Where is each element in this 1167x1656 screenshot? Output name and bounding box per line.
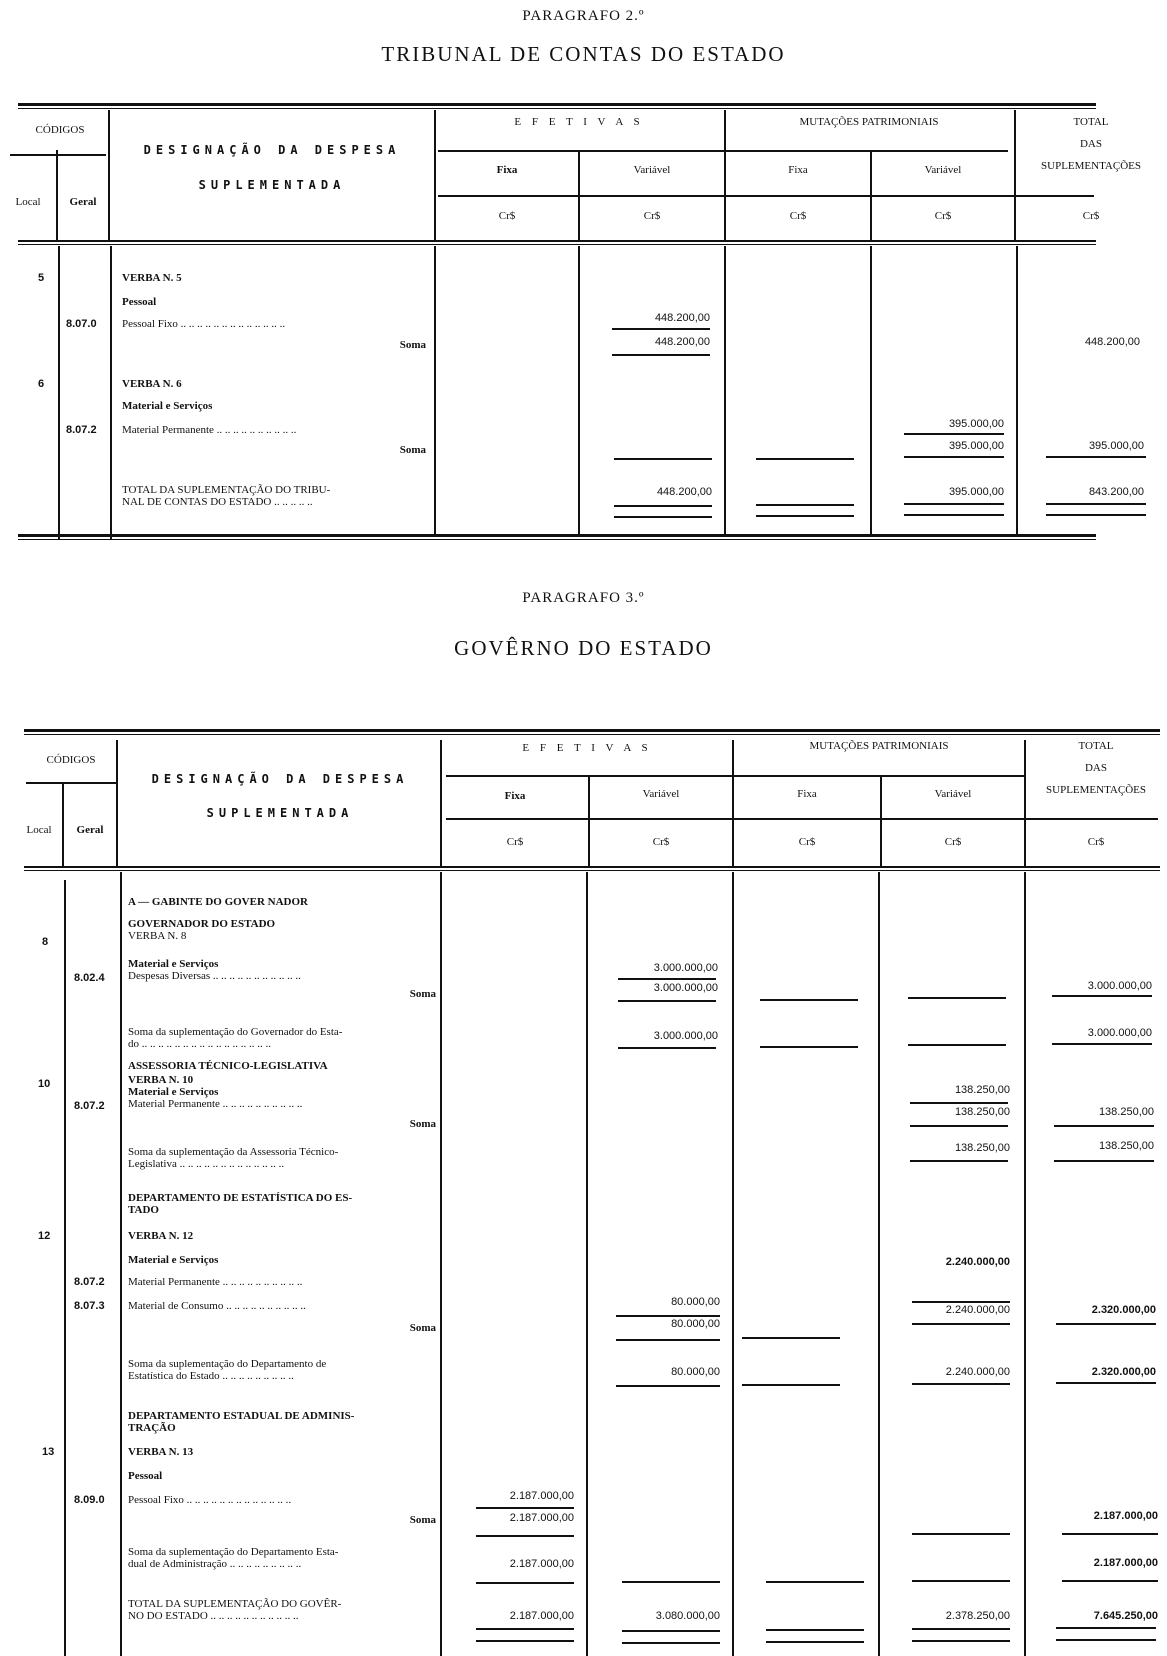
rule xyxy=(18,539,1096,540)
value: 448.200,00 xyxy=(580,312,710,324)
rule xyxy=(614,458,712,460)
header-local: Local xyxy=(0,196,56,208)
value: 138.250,00 xyxy=(1026,1106,1154,1118)
category-label: Pessoal xyxy=(122,296,156,308)
divider xyxy=(878,872,880,1656)
rule xyxy=(756,515,854,517)
header-designacao: DESIGNAÇÃO DA DESPESA xyxy=(112,143,432,157)
rule xyxy=(1046,456,1146,458)
header-efetivas: E F E T I V A S xyxy=(436,116,722,128)
rule xyxy=(912,1301,1010,1303)
header-mutacoes: MUTAÇÕES PATRIMONIAIS xyxy=(726,116,1012,128)
verba-label: VERBA N. 8 xyxy=(128,930,186,942)
rule xyxy=(756,458,854,460)
soma-label: Soma xyxy=(300,1118,436,1130)
rule xyxy=(766,1641,864,1643)
divider xyxy=(724,246,726,536)
divider xyxy=(440,740,442,868)
header-mutacoes-variavel: Variável xyxy=(872,164,1014,176)
rule xyxy=(18,244,1096,245)
rule xyxy=(622,1630,720,1632)
soma-label: Soma xyxy=(300,1322,436,1334)
value: 80.000,00 xyxy=(590,1318,720,1330)
rule xyxy=(904,456,1004,458)
value: 2.378.250,00 xyxy=(882,1610,1010,1622)
currency-label: Cr$ xyxy=(1026,836,1166,848)
section-heading: GOVERNADOR DO ESTADO xyxy=(128,918,275,930)
subtotal-label: do .. .. .. .. .. .. .. .. .. .. .. .. .… xyxy=(128,1038,271,1050)
divider xyxy=(1024,740,1026,868)
subtotal-label: Soma da suplementação do Departamento Es… xyxy=(128,1546,338,1558)
rule xyxy=(912,1533,1010,1535)
value: 2.187.000,00 xyxy=(444,1512,574,1524)
rule xyxy=(618,978,716,980)
rule xyxy=(910,1125,1008,1127)
header-mutacoes-variavel: Variável xyxy=(882,788,1024,800)
geral-code: 8.07.3 xyxy=(74,1300,105,1312)
currency-label: Cr$ xyxy=(436,210,578,222)
category-label: Material e Serviços xyxy=(128,1086,218,1098)
header-suplementacoes: SUPLEMENTAÇÕES xyxy=(1016,160,1166,172)
rule xyxy=(766,1581,864,1583)
value: 138.250,00 xyxy=(882,1084,1010,1096)
local-code: 6 xyxy=(38,378,44,390)
item-label: Material Permanente .. .. .. .. .. .. ..… xyxy=(128,1098,302,1110)
currency-label: Cr$ xyxy=(590,836,732,848)
header-designacao: DESIGNAÇÃO DA DESPESA xyxy=(120,772,440,786)
value: 448.200,00 xyxy=(1018,336,1140,348)
rule xyxy=(908,1044,1006,1046)
geral-code: 8.07.2 xyxy=(74,1276,105,1288)
divider xyxy=(58,246,60,540)
header-mutacoes-fixa: Fixa xyxy=(734,788,880,800)
currency-label: Cr$ xyxy=(734,836,880,848)
item-label: Material Permanente .. .. .. .. .. .. ..… xyxy=(122,424,296,436)
header-efetivas-fixa: Fixa xyxy=(442,790,588,802)
value: 2.320.000,00 xyxy=(1026,1366,1156,1378)
total-label: NAL DE CONTAS DO ESTADO .. .. .. .. .. xyxy=(122,496,313,508)
value: 395.000,00 xyxy=(872,418,1004,430)
geral-code: 8.07.2 xyxy=(74,1100,105,1112)
value: 3.000.000,00 xyxy=(1026,980,1152,992)
section-heading: TADO xyxy=(128,1204,159,1216)
section-heading: TRAÇÃO xyxy=(128,1422,176,1434)
rule xyxy=(912,1323,1010,1325)
category-label: Material e Serviços xyxy=(122,400,212,412)
header-mutacoes-fixa: Fixa xyxy=(726,164,870,176)
rule xyxy=(476,1507,574,1509)
soma-label: Soma xyxy=(300,988,436,1000)
header-efetivas-variavel: Variável xyxy=(590,788,732,800)
header-das: DAS xyxy=(1026,762,1166,774)
verba-label: VERBA N. 12 xyxy=(128,1230,193,1242)
section-title-2: GOVÊRNO DO ESTADO xyxy=(0,636,1167,661)
value: 395.000,00 xyxy=(1018,440,1144,452)
divider xyxy=(586,872,588,1656)
local-code: 5 xyxy=(38,272,44,284)
value: 843.200,00 xyxy=(1018,486,1144,498)
header-codigos: CÓDIGOS xyxy=(26,754,116,766)
item-label: Pessoal Fixo .. .. .. .. .. .. .. .. .. … xyxy=(122,318,285,330)
category-label: Material e Serviços xyxy=(128,958,218,970)
rule xyxy=(910,1160,1008,1162)
rule xyxy=(18,534,1096,537)
header-geral: Geral xyxy=(64,824,116,836)
value: 138.250,00 xyxy=(882,1142,1010,1154)
rule xyxy=(618,1000,716,1002)
subtotal-label: Soma da suplementação do Departamento de xyxy=(128,1358,326,1370)
soma-label: Soma xyxy=(300,1514,436,1526)
value: 80.000,00 xyxy=(590,1296,720,1308)
subtotal-label: Estatística do Estado .. .. .. .. .. .. … xyxy=(128,1370,294,1382)
rule xyxy=(742,1384,840,1386)
header-total: TOTAL xyxy=(1026,740,1166,752)
rule xyxy=(614,505,712,507)
divider xyxy=(64,880,66,1656)
value: 2.320.000,00 xyxy=(1026,1304,1156,1316)
value: 2.187.000,00 xyxy=(1026,1557,1158,1569)
value: 395.000,00 xyxy=(872,440,1004,452)
item-label: Material de Consumo .. .. .. .. .. .. ..… xyxy=(128,1300,306,1312)
total-label: TOTAL DA SUPLEMENTAÇÃO DO TRIBU- xyxy=(122,484,330,496)
currency-label: Cr$ xyxy=(882,836,1024,848)
verba-label: VERBA N. 10 xyxy=(128,1074,193,1086)
rule xyxy=(904,514,1004,516)
rule xyxy=(760,999,858,1001)
category-label: Material e Serviços xyxy=(128,1254,218,1266)
rule xyxy=(904,433,1004,435)
geral-code: 8.09.0 xyxy=(74,1494,105,1506)
divider xyxy=(108,110,110,240)
header-mutacoes: MUTAÇÕES PATRIMONIAIS xyxy=(734,740,1024,752)
rule xyxy=(1056,1382,1156,1384)
rule xyxy=(622,1642,720,1644)
rule xyxy=(18,108,1096,109)
rule xyxy=(904,503,1004,505)
category-label: Pessoal xyxy=(128,1470,162,1482)
value: 448.200,00 xyxy=(580,336,710,348)
value: 3.080.000,00 xyxy=(590,1610,720,1622)
rule xyxy=(26,782,116,784)
item-label: Pessoal Fixo .. .. .. .. .. .. .. .. .. … xyxy=(128,1494,291,1506)
value: 2.240.000,00 xyxy=(882,1304,1010,1316)
value: 3.000.000,00 xyxy=(590,982,718,994)
header-codigos: CÓDIGOS xyxy=(20,124,100,136)
section-heading: A — GABINTE DO GOVER NADOR xyxy=(128,896,308,908)
value: 3.000.000,00 xyxy=(590,962,718,974)
divider xyxy=(440,872,442,1656)
paragraph-heading-2: PARAGRAFO 3.º xyxy=(0,590,1167,607)
rule xyxy=(910,1102,1008,1104)
header-geral: Geral xyxy=(58,196,108,208)
subtotal-label: dual de Administração .. .. .. .. .. .. … xyxy=(128,1558,301,1570)
value: 7.645.250,00 xyxy=(1026,1610,1158,1622)
header-das: DAS xyxy=(1016,138,1166,150)
value: 3.000.000,00 xyxy=(1026,1027,1152,1039)
rule xyxy=(24,866,1160,868)
rule xyxy=(616,1315,720,1317)
rule xyxy=(766,1629,864,1631)
local-code: 13 xyxy=(42,1446,54,1458)
subtotal-label: Legislativa .. .. .. .. .. .. .. .. .. .… xyxy=(128,1158,284,1170)
rule xyxy=(1054,1125,1154,1127)
value: 80.000,00 xyxy=(590,1366,720,1378)
rule xyxy=(24,870,1160,871)
divider xyxy=(434,246,436,536)
rule xyxy=(446,818,1158,820)
verba-label: VERBA N. 5 xyxy=(122,272,182,284)
value: 138.250,00 xyxy=(1026,1140,1154,1152)
total-label: NO DO ESTADO .. .. .. .. .. .. .. .. .. … xyxy=(128,1610,299,1622)
soma-label: Soma xyxy=(300,339,426,351)
rule xyxy=(1062,1533,1158,1535)
rule xyxy=(476,1640,574,1642)
rule xyxy=(616,1339,720,1341)
header-suplementada: SUPLEMENTADA xyxy=(120,806,440,820)
rule xyxy=(912,1383,1010,1385)
geral-code: 8.07.2 xyxy=(66,424,97,436)
value: 138.250,00 xyxy=(882,1106,1010,1118)
rule xyxy=(18,103,1096,106)
rule xyxy=(742,1337,840,1339)
rule xyxy=(446,775,1024,777)
rule xyxy=(1056,1639,1156,1641)
item-label: Material Permanente .. .. .. .. .. .. ..… xyxy=(128,1276,302,1288)
rule xyxy=(912,1580,1010,1582)
rule xyxy=(1062,1580,1158,1582)
header-efetivas-fixa: Fixa xyxy=(436,164,578,176)
rule xyxy=(612,328,710,330)
divider xyxy=(116,740,118,868)
value: 2.187.000,00 xyxy=(1026,1510,1158,1522)
local-code: 10 xyxy=(38,1078,50,1090)
local-code: 12 xyxy=(38,1230,50,1242)
divider xyxy=(120,872,122,1656)
rule xyxy=(24,729,1160,732)
divider xyxy=(732,872,734,1656)
subtotal-label: Soma da suplementação da Assessoria Técn… xyxy=(128,1146,338,1158)
soma-label: Soma xyxy=(300,444,426,456)
rule xyxy=(1052,1043,1152,1045)
rule xyxy=(18,240,1096,242)
rule xyxy=(10,154,106,156)
rule xyxy=(912,1640,1010,1642)
currency-label: Cr$ xyxy=(442,836,588,848)
rule xyxy=(756,504,854,506)
rule xyxy=(1046,514,1146,516)
section-heading: ASSESSORIA TÉCNICO-LEGISLATIVA xyxy=(128,1060,328,1072)
rule xyxy=(476,1535,574,1537)
divider xyxy=(110,246,112,540)
header-total: TOTAL xyxy=(1016,116,1166,128)
rule xyxy=(476,1628,574,1630)
value: 448.200,00 xyxy=(580,486,712,498)
rule xyxy=(614,516,712,518)
value: 395.000,00 xyxy=(872,486,1004,498)
rule xyxy=(1052,995,1152,997)
value: 3.000.000,00 xyxy=(590,1030,718,1042)
header-local: Local xyxy=(16,824,62,836)
value: 2.187.000,00 xyxy=(444,1610,574,1622)
rule xyxy=(438,195,1094,197)
verba-label: VERBA N. 6 xyxy=(122,378,182,390)
rule xyxy=(1054,1160,1154,1162)
rule xyxy=(912,1628,1010,1630)
rule xyxy=(438,150,1008,152)
rule xyxy=(616,1385,720,1387)
currency-label: Cr$ xyxy=(726,210,870,222)
section-title-1: TRIBUNAL DE CONTAS DO ESTADO xyxy=(0,42,1167,67)
verba-label: VERBA N. 13 xyxy=(128,1446,193,1458)
header-suplementada: SUPLEMENTADA xyxy=(112,178,432,192)
geral-code: 8.07.0 xyxy=(66,318,97,330)
header-suplementacoes: SUPLEMENTAÇÕES xyxy=(1026,784,1166,796)
currency-label: Cr$ xyxy=(580,210,724,222)
rule xyxy=(1056,1323,1156,1325)
rule xyxy=(618,1047,716,1049)
paragraph-heading-1: PARAGRAFO 2.º xyxy=(0,8,1167,25)
rule xyxy=(1056,1627,1156,1629)
rule xyxy=(622,1581,720,1583)
header-efetivas: E F E T I V A S xyxy=(442,742,732,754)
currency-label: Cr$ xyxy=(872,210,1014,222)
geral-code: 8.02.4 xyxy=(74,972,105,984)
item-label: Despesas Diversas .. .. .. .. .. .. .. .… xyxy=(128,970,301,982)
rule xyxy=(760,1046,858,1048)
subtotal-label: Soma da suplementação do Governador do E… xyxy=(128,1026,342,1038)
total-label: TOTAL DA SUPLEMENTAÇÃO DO GOVÊR- xyxy=(128,1598,341,1610)
rule xyxy=(476,1582,574,1584)
value: 2.187.000,00 xyxy=(444,1490,574,1502)
section-heading: DEPARTAMENTO DE ESTATÍSTICA DO ES- xyxy=(128,1192,352,1204)
local-code: 8 xyxy=(42,936,48,948)
rule xyxy=(612,354,710,356)
divider xyxy=(732,740,734,868)
value: 2.187.000,00 xyxy=(444,1558,574,1570)
value: 2.240.000,00 xyxy=(882,1256,1010,1268)
rule xyxy=(1046,503,1146,505)
value: 2.240.000,00 xyxy=(882,1366,1010,1378)
divider xyxy=(56,150,58,240)
header-efetivas-variavel: Variável xyxy=(580,164,724,176)
rule xyxy=(24,734,1160,735)
currency-label: Cr$ xyxy=(1016,210,1166,222)
rule xyxy=(908,997,1006,999)
section-heading: DEPARTAMENTO ESTADUAL DE ADMINIS- xyxy=(128,1410,354,1422)
